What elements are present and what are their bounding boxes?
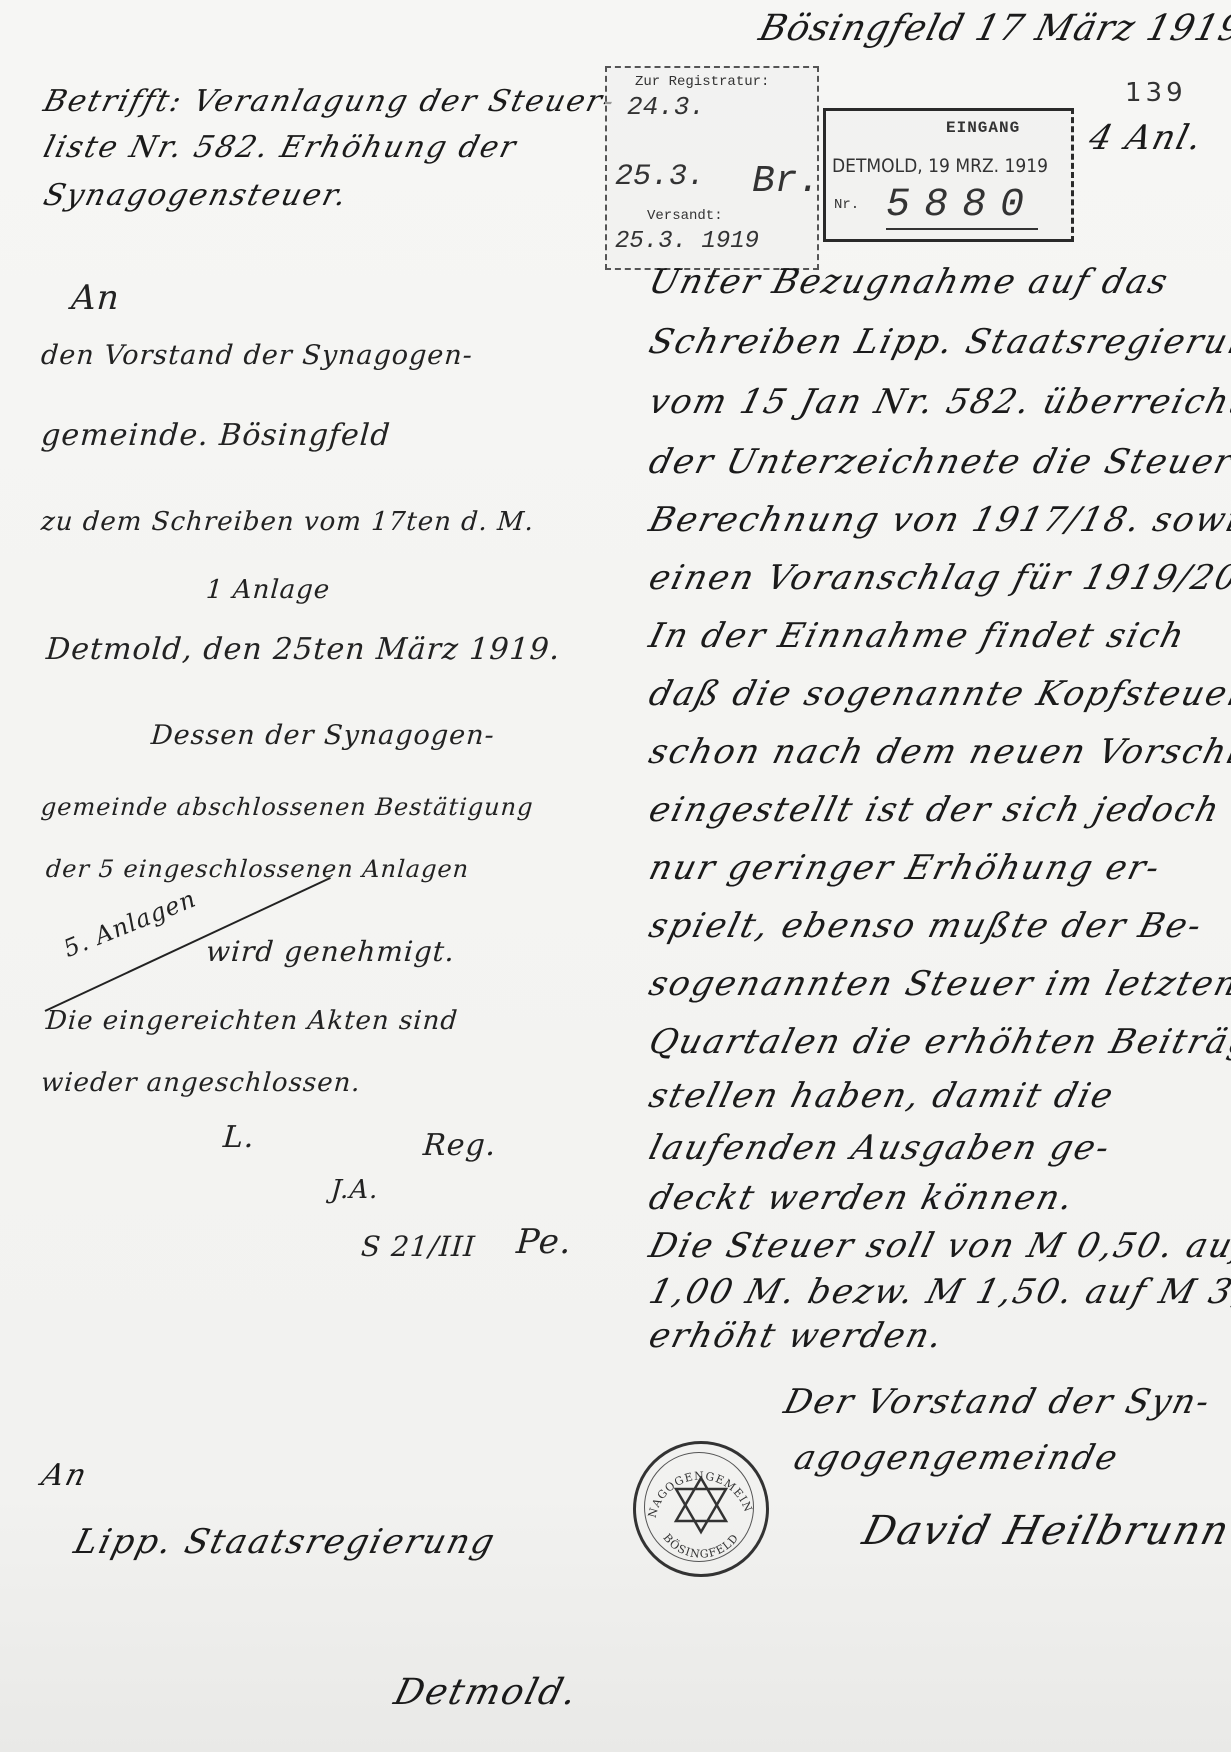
closing-line-2: agogengemeinde [790,1438,1123,1478]
left-mark-ja: J.A. [330,1175,380,1205]
left-mark-l: L. [222,1120,256,1155]
received-title: EINGANG [946,119,1020,137]
registry-value-1: 24.3. [627,92,705,122]
registry-label-1: Zur Registratur: [635,74,769,90]
left-line-6: Detmold, den 25ten März 1919. [45,632,562,667]
body-line-8: daß die sogenannte Kopfsteuer [645,674,1231,714]
left-line-4: zu dem Schreiben vom 17ten d. M. [40,507,535,537]
address-line-1: An [38,1458,92,1493]
subject-line-3: Synagogensteuer. [40,178,352,213]
body-line-10: eingestellt ist der sich jedoch [645,790,1225,830]
received-stamp: EINGANG DETMOLD, 19 MRZ. 1919 Nr. 5880 [823,108,1074,242]
body-line-7: In der Einnahme findet sich [645,616,1190,656]
left-mark-reg: Reg. [422,1128,498,1163]
body-line-19: 1,00 M. bezw. M 1,50. auf M 3,00 [645,1272,1231,1312]
body-line-9: schon nach dem neuen Vorschlag [645,732,1231,772]
left-line-2: den Vorstand der Synagogen- [40,340,474,371]
registry-value-2: 25.3. [615,160,705,194]
document-page: Bösingfeld 17 März 1919. 139 4 Anl. Betr… [0,0,1231,1752]
received-number: 5880 [886,183,1038,230]
registry-label-3: Versandt: [647,208,723,224]
body-line-2: Schreiben Lipp. Staatsregierung [645,322,1231,362]
subject-line-1: Betrifft: Veranlagung der Steuer- [40,84,619,119]
body-line-1: Unter Bezugnahme auf das [645,262,1173,302]
registry-initial: Br. [752,160,820,203]
left-line-3: gemeinde. Bösingfeld [40,418,392,453]
address-line-3: Detmold. [390,1672,583,1713]
left-line-9: der 5 eingeschlossenen Anlagen [45,855,470,883]
body-line-3: vom 15 Jan Nr. 582. überreicht [645,382,1231,422]
body-line-4: der Unterzeichnete die Steuer- [645,442,1231,482]
body-line-14: Quartalen die erhöhten Beiträge [645,1022,1231,1062]
synagogue-seal: SINAGOGENGEMEINDE BÖSINGFELD [633,1441,769,1577]
subject-line-2: liste Nr. 582. Erhöhung der [40,130,521,165]
body-line-15: stellen haben, damit die [645,1076,1119,1116]
left-mark-ref: S 21/III [360,1230,477,1263]
received-place-date: DETMOLD, 19 MRZ. 1919 [832,155,1048,177]
star-of-david-icon [670,1474,732,1536]
left-line-13: wieder angeschlossen. [40,1068,362,1098]
registry-stamp: Zur Registratur: 24.3. 25.3. Br. Versand… [605,66,819,270]
left-line-12: Die eingereichten Akten sind [45,1006,459,1036]
body-line-12: spielt, ebenso mußte der Be- [645,906,1207,946]
address-line-2: Lipp. Staatsregierung [70,1522,500,1562]
left-line-8: gemeinde abschlossenen Bestätigung [40,793,534,821]
body-line-18: Die Steuer soll von M 0,50. auf [645,1226,1231,1266]
attachments-note: 4 Anl. [1085,118,1208,158]
left-line-7: Dessen der Synagogen- [150,720,496,751]
registry-value-3: 25.3. 1919 [615,228,759,255]
body-line-13: sogenannten Steuer im letzten [645,964,1231,1004]
left-line-1: An [70,278,121,318]
signature: David Heilbrunn [858,1508,1231,1554]
left-line-5: 1 Anlage [205,575,331,605]
place-date-header: Bösingfeld 17 März 1919. [755,8,1231,49]
archive-page-number: 139 [1125,78,1187,108]
left-line-10-annotation: 5. Anlagen [60,884,201,963]
body-line-16: laufenden Ausgaben ge- [645,1128,1115,1168]
received-number-label: Nr. [834,197,859,213]
body-line-6: einen Voranschlag für 1919/20. [645,558,1231,598]
left-mark-initial: Pe. [515,1222,573,1262]
body-line-5: Berechnung von 1917/18. sowie [645,500,1231,540]
body-line-17: deckt werden können. [645,1178,1079,1218]
left-line-11: wird genehmigt. [205,935,456,968]
body-line-11: nur geringer Erhöhung er- [645,848,1165,888]
closing-line-1: Der Vorstand der Syn- [780,1382,1215,1422]
body-line-20: erhöht werden. [645,1316,948,1356]
